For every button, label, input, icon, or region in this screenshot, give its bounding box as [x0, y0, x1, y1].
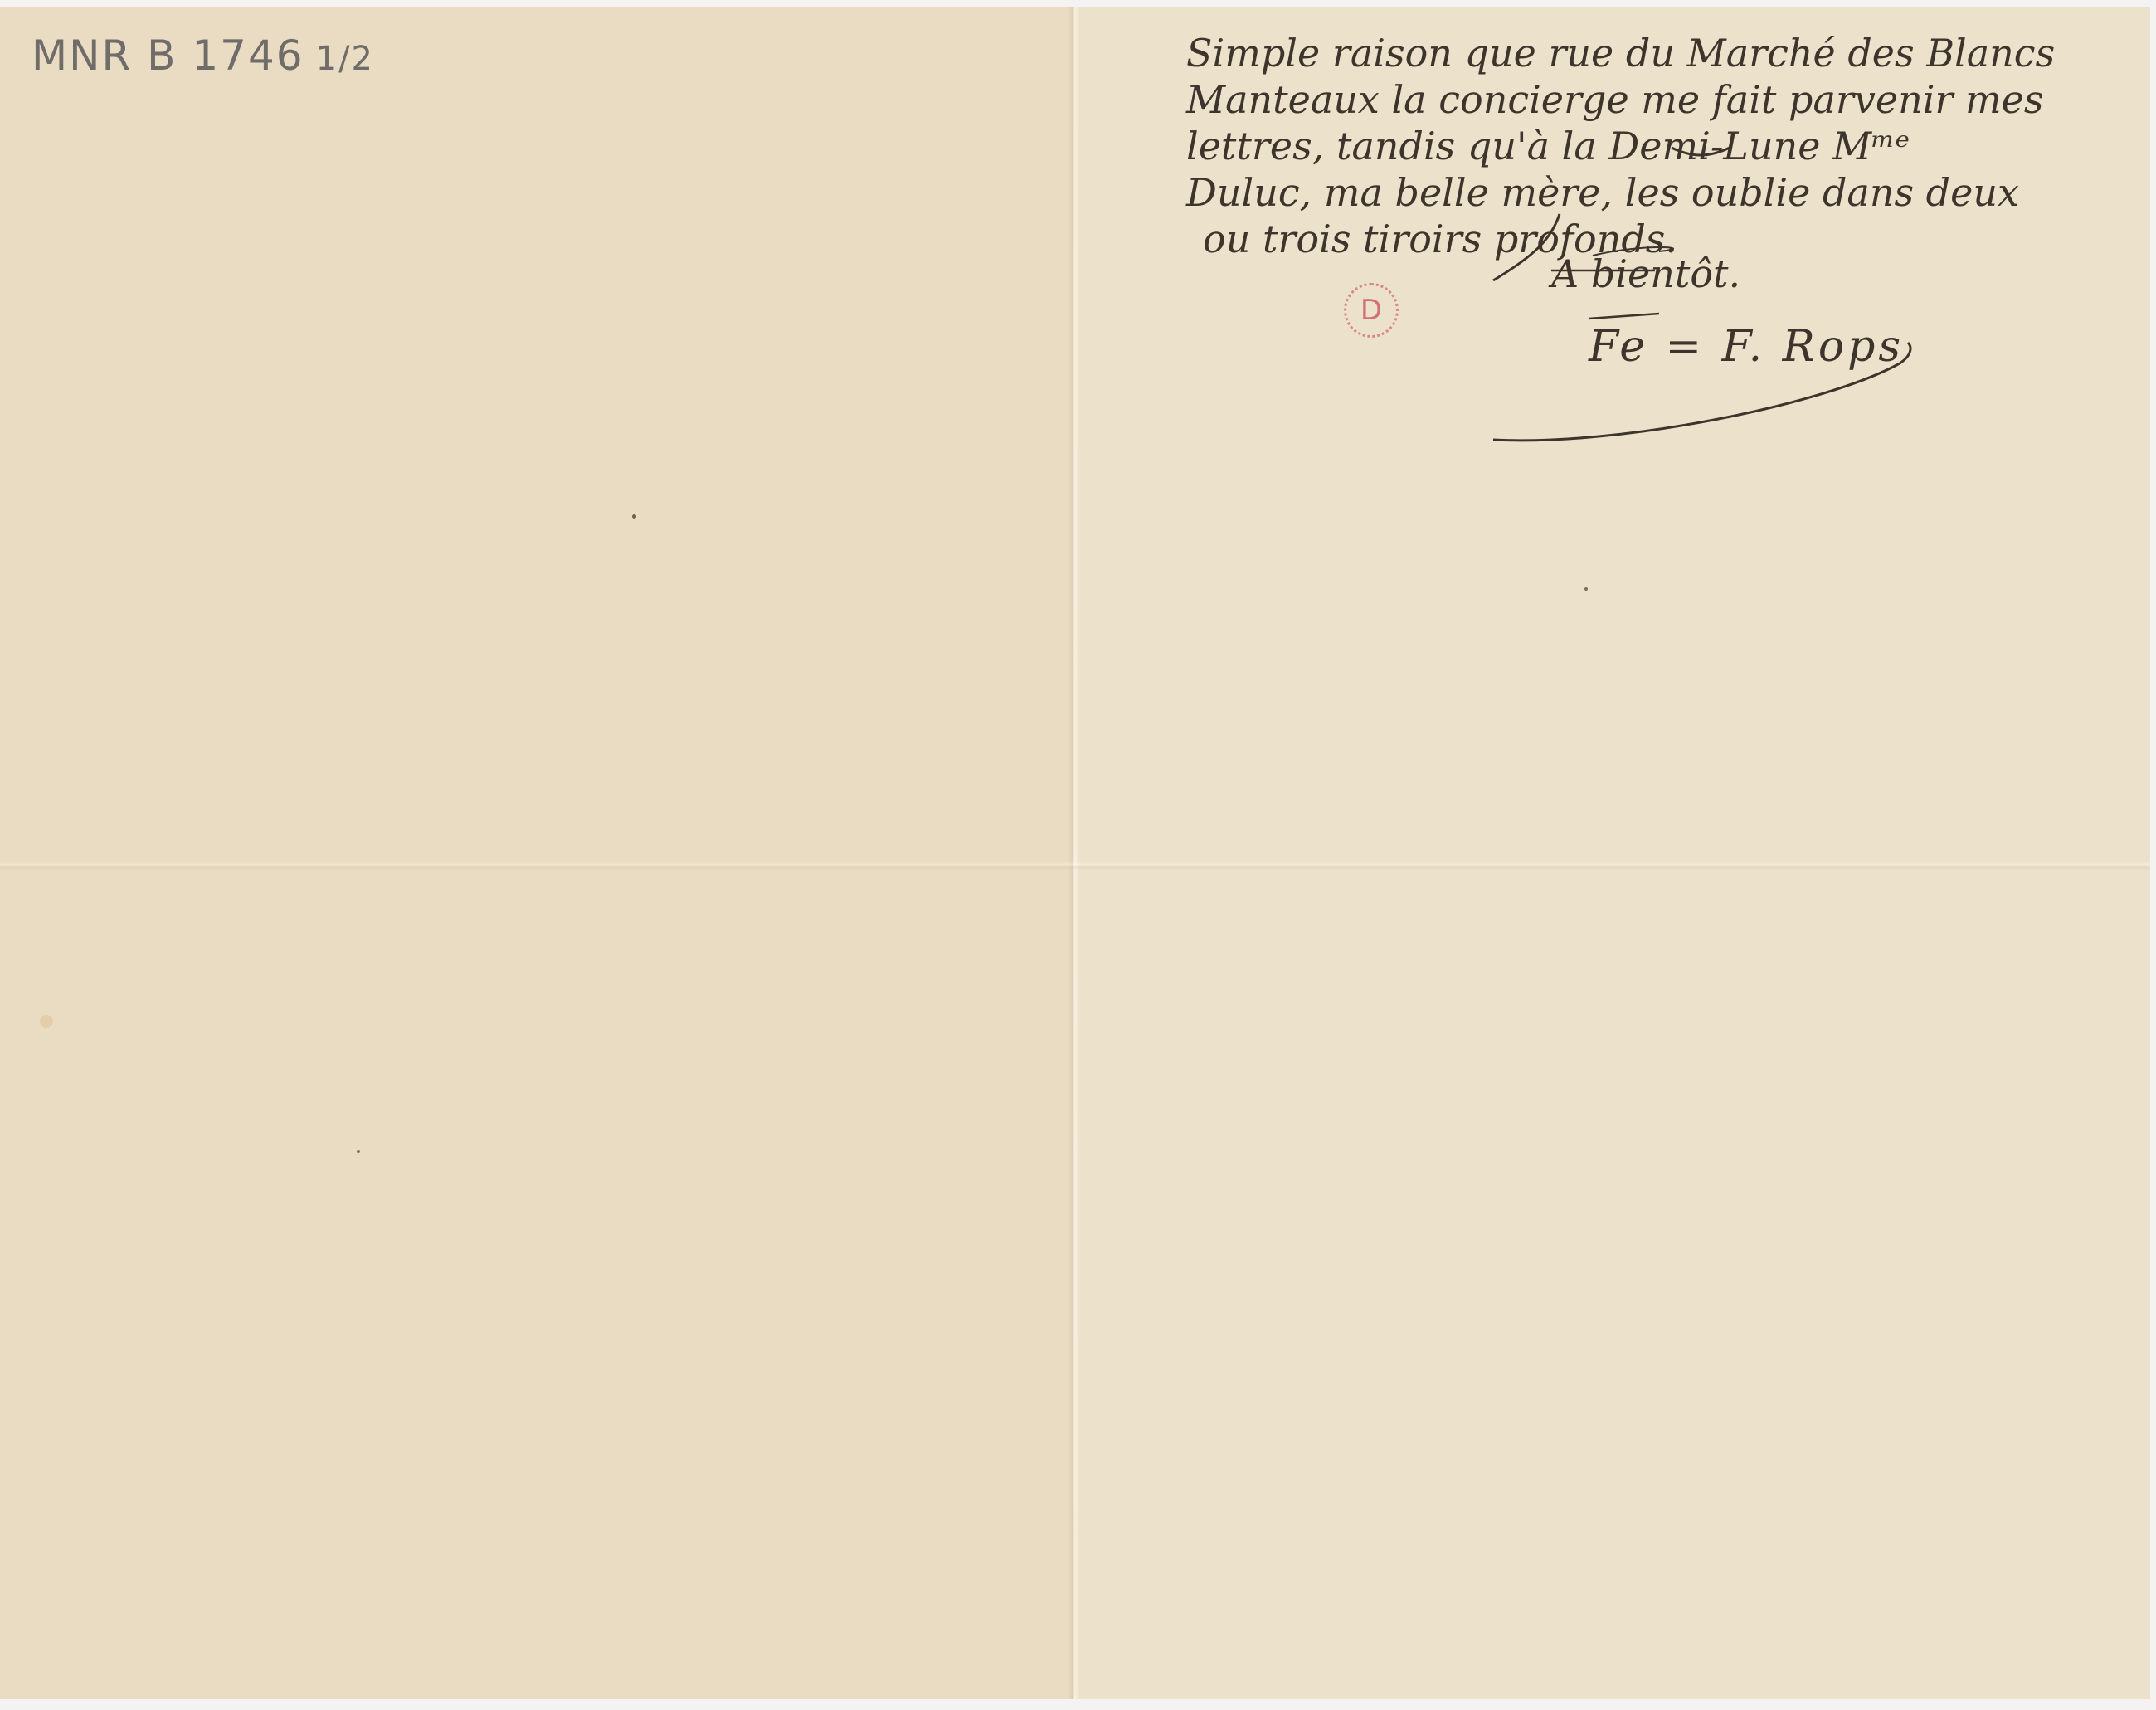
- collection-stamp: D: [1344, 283, 1399, 338]
- stamp-letter: D: [1360, 294, 1382, 327]
- signature-flourish-icon: [0, 7, 2150, 1699]
- letter-sheet: MNR B 17461/2 Simple raison que rue du M…: [0, 7, 2150, 1699]
